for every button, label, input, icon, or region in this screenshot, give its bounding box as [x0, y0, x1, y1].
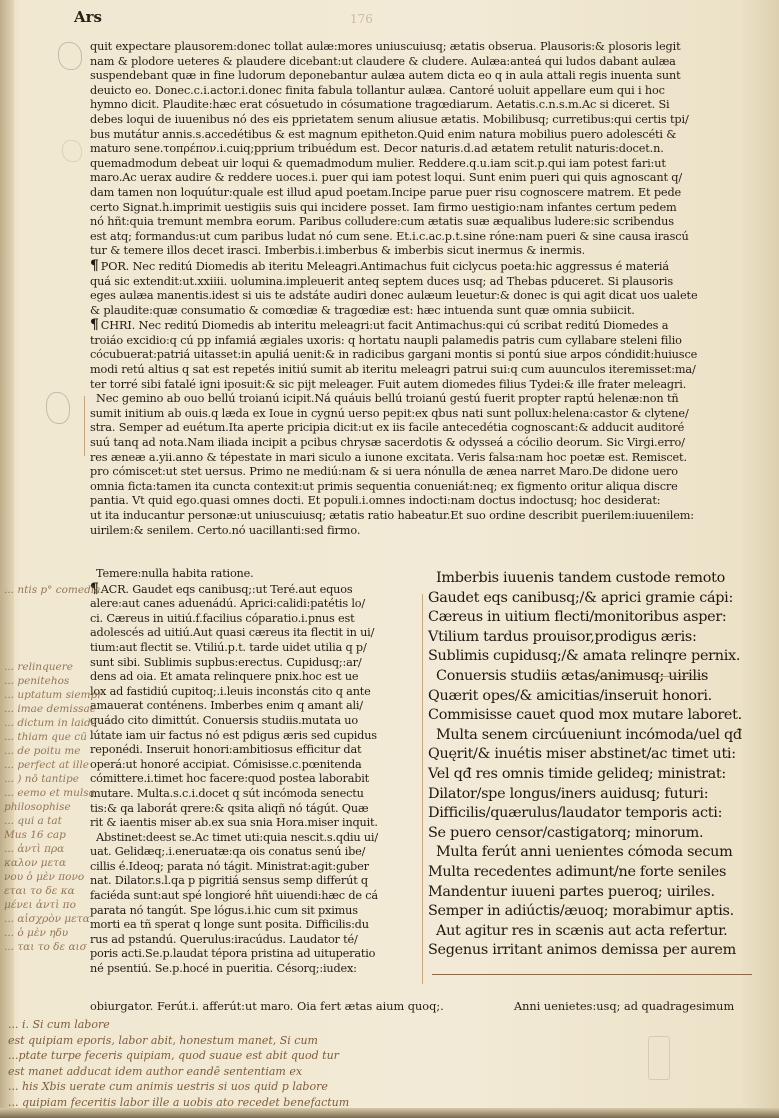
commentary-line: hymno dicit. Plaudite:hæc erat cósuetudo…	[90, 98, 754, 113]
margin-sketch-top	[58, 42, 82, 70]
commentary-line: est atq; formandus:ut cum paribus ludat …	[90, 230, 754, 245]
commentary-line: né psentiú. Se.p.hocé in pueritia. Césor…	[90, 962, 418, 977]
verse-line: Semper in adiúctis/æuoq; morabimur aptis…	[428, 902, 768, 922]
margin-sketch-lower	[46, 392, 70, 424]
commentary-line: nam & plodore ueteres & plaudere diceban…	[90, 55, 754, 70]
commentary-line: quádo cito dimittút. Conuersis studiis.m…	[90, 714, 418, 729]
commentary-line: stra. Semper ad euétum.Ita aperte pricip…	[90, 421, 754, 436]
marginal-note-column: ... relinquere ... penitehos ... uptatum…	[4, 660, 102, 954]
commentary-line: pro cómiscet:ut stet uersus. Primo ne me…	[90, 465, 754, 480]
commentary-line: mutare. Multa.s.c.i.docet q sút incómoda…	[90, 787, 418, 802]
commentary-block-top: quit expectare plausorem:donec tollat au…	[90, 40, 754, 538]
commentary-line: dens ad oia. Et amata relinquere pnix.ho…	[90, 670, 418, 685]
commentary-line: faciéda sunt:aut spé longioré hñt uiuend…	[90, 889, 418, 904]
commentary-line: rit & iaentis miser ab.ex sua snia Hora.…	[90, 816, 418, 831]
verse-line: Multa recedentes adimunt/ne forte senile…	[428, 863, 768, 883]
verse-line: Multa senem circúueniunt incómoda/uel qđ	[428, 726, 768, 746]
commentary-line: nat. Dilator.s.l.qa p pigritiá sensus se…	[90, 874, 418, 889]
commentary-line: morti ea tñ sperat q longe sunt posita. …	[90, 918, 418, 933]
commentary-line: sumit initium ab ouis.q læda ex Ioue in …	[90, 407, 754, 422]
commentary-line: cócubuerat:patriá uitasset:in apuliá uen…	[90, 348, 754, 363]
horace-verse-column: Imberbis iuuenis tandem custode remoto G…	[428, 569, 768, 961]
commentary-line: dam tamen non loquútur:quale est illud a…	[90, 186, 754, 201]
commentary-line: res æneæ a.yii.anno & tépestate in mari …	[90, 451, 754, 466]
commentary-line: certo Signat.h.imprimit uestigiis suis q…	[90, 201, 754, 216]
folio-number: 176	[350, 12, 373, 26]
commentary-line: tur & temere illos decet irasci. Imberbi…	[90, 244, 754, 259]
ink-underline	[432, 974, 752, 975]
commentary-line: cillis é.Ideoq; parata nó tágit. Ministr…	[90, 860, 418, 875]
pilcrow-icon: ¶	[90, 259, 99, 274]
verse-line: Se puero censor/castigatorq; minorum.	[428, 824, 768, 844]
commentary-bottom-line: obiurgator. Ferút.i. afferút:ut maro. Oi…	[90, 1000, 444, 1013]
verse-line: Aut agitur res in scænis aut acta refert…	[428, 922, 768, 942]
commentary-line: poris acti.Se.p.laudat tépora pristina a…	[90, 947, 418, 962]
commentary-line: troiáo excidio:q cú pp infamiá ægiales u…	[90, 334, 754, 349]
commentary-line: pantia. Vt quid ego.quasi omnes docti. E…	[90, 494, 754, 509]
commentary-line: Abstinet:deest se.Ac timet uti:quia nesc…	[90, 831, 418, 846]
commentary-line: quá sic extendit:ut.xxiiii. uolumina.imp…	[90, 275, 754, 290]
commentary-line: suspendebant quæ in fine ludorum deponeb…	[90, 69, 754, 84]
commentary-line-por: ¶POR. Nec reditú Diomedis ab iteritu Mel…	[90, 259, 754, 275]
verse-line: Difficilis/quærulus/laudator temporis ac…	[428, 804, 768, 824]
commentary-line: rus ad pstandú. Querulus:iracúdus. Lauda…	[90, 933, 418, 948]
marginal-note-bottom: ... i. Si cum labore est quipiam eporis,…	[8, 1017, 349, 1110]
verse-line: Quęrit/& inuétis miser abstinet/ac timet…	[428, 745, 768, 765]
commentary-line-chri: ¶CHRI. Nec reditú Diomedis ab interitu m…	[90, 318, 754, 334]
commentary-line: cómittere.i.timet hoc facere:quod postea…	[90, 772, 418, 787]
verse-line: Multa ferút anni uenientes cómoda secum	[428, 843, 768, 863]
verse-bracket	[422, 594, 423, 984]
verse-line: Mandentur iuueni partes pueroq; uiriles.	[428, 883, 768, 903]
commentary-line: eges aulæa manentis.idest si uis te adst…	[90, 289, 754, 304]
margin-bracket	[84, 396, 85, 456]
verse-line: Dilator/spe longus/iners auidusq; futuri…	[428, 785, 768, 805]
commentary-line: reponédi. Inseruit honori:ambitiosus eff…	[90, 743, 418, 758]
verse-line: Cæreus in uitium flecti/monitoribus aspe…	[428, 608, 768, 628]
verse-line: Commisisse cauet quod mox mutare laboret…	[428, 706, 768, 726]
margin-sketch-middle	[62, 140, 82, 162]
commentary-left-column: Temere:nulla habita ratione. ¶ACR. Gaude…	[90, 567, 418, 977]
commentary-line: amauerat conténens. Imberbes enim q aman…	[90, 699, 418, 714]
commentary-line: deuicto eo. Donec.c.i.actor.i.donec fini…	[90, 84, 754, 99]
commentary-line: Temere:nulla habita ratione.	[90, 567, 418, 582]
commentary-line-acr: ¶ACR. Gaudet eqs canibusq;:ut Teré.aut e…	[90, 582, 418, 598]
commentary-line-right: Anni uenietes:usq; ad quadragesimum	[514, 1000, 734, 1013]
running-head: Ars	[74, 8, 102, 26]
commentary-line: modi retú altius q sat est repetés initi…	[90, 363, 754, 378]
commentary-line: adolescés ad uitiú.Aut quasi cæreus ita …	[90, 626, 418, 641]
commentary-line: operá:ut honoré accipiat. Cómisisse.c.pœ…	[90, 758, 418, 773]
commentary-line: bus mutátur annis.s.accedétibus & est ma…	[90, 128, 754, 143]
commentary-line: suú tanq ad nota.Nam iliada incipit a pc…	[90, 436, 754, 451]
ink-underline	[584, 676, 704, 677]
commentary-line: parata nó tangút. Spe lógus.i.hic cum si…	[90, 904, 418, 919]
commentary-line: nó hñt:quia tremunt membra eorum. Paribu…	[90, 215, 754, 230]
commentary-line: tium:aut flectit se. Vtiliú.p.t. tarde u…	[90, 641, 418, 656]
commentary-line: debes loqui de iuuenibus nó des eis ppri…	[90, 113, 754, 128]
commentary-line: uirilem:& senilem. Certo.nó uacillanti:s…	[90, 524, 754, 539]
commentary-line: maturo sene.τοπρέπον.i.cuiq;pprium tribu…	[90, 142, 754, 157]
page-bottom-edge	[0, 1108, 779, 1118]
commentary-line: maro.Ac uerax audire & reddere uoces.i. …	[90, 171, 754, 186]
commentary-line: ter torré sibi fatalé igni iposuit:& sic…	[90, 378, 754, 393]
commentary-line: omnia ficta:tamen ita cuncta contexit:ut…	[90, 480, 754, 495]
commentary-line: alere:aut canes aduenádú. Aprici:calidi:…	[90, 597, 418, 612]
commentary-line: sunt sibi. Sublimis supbus:erectus. Cupi…	[90, 656, 418, 671]
verse-line: Sublimis cupidusq;/& amata relinqre pern…	[428, 647, 768, 667]
commentary-line: quemadmodum debeat uir loqui & quemadmod…	[90, 157, 754, 172]
verse-line: Gaudet eqs canibusq;/& aprici gramie cáp…	[428, 589, 768, 609]
commentary-line: lútate iam uir factus nó est pdigus æris…	[90, 729, 418, 744]
commentary-line: quit expectare plausorem:donec tollat au…	[90, 40, 754, 55]
commentary-line: ut ita inducantur personæ:ut uniuscuiusq…	[90, 509, 754, 524]
commentary-line: uat. Gelidæq;.i.eneruatæ:qa ois conatus …	[90, 845, 418, 860]
commentary-line: obiurgator. Ferút.i. afferút:ut maro. Oi…	[90, 1000, 444, 1013]
book-page: Ars 176 quit expectare plausorem:donec t…	[0, 0, 779, 1118]
commentary-line: lox ad fastidiú cupitoq;.i.leuis inconst…	[90, 685, 418, 700]
margin-sketch-bottom-right	[648, 1036, 670, 1080]
verse-line: Vtilium tardus prouisor,prodigus æris:	[428, 628, 768, 648]
verse-line: Imberbis iuuenis tandem custode remoto	[428, 569, 768, 589]
pilcrow-icon: ¶	[90, 318, 99, 333]
commentary-line: & plaudite:quæ consumatio & comœdiæ & tr…	[90, 304, 754, 319]
marginal-note-top: ... ntis p° comedia	[4, 583, 100, 597]
commentary-line: tis:& qa laborát qrere:& qsita aliqñ nó …	[90, 802, 418, 817]
verse-line: Quærit opes/& amicitias/inseruit honori.	[428, 687, 768, 707]
commentary-line: Nec gemino ab ouo bellú troianú icipit.N…	[90, 392, 754, 407]
verse-line: Segenus irritant animos demissa per aure…	[428, 941, 768, 961]
verse-line: Vel qđ res omnis timide gelideq; ministr…	[428, 765, 768, 785]
commentary-line: ci. Cæreus in uitiú.f.facilius cóparatio…	[90, 612, 418, 627]
